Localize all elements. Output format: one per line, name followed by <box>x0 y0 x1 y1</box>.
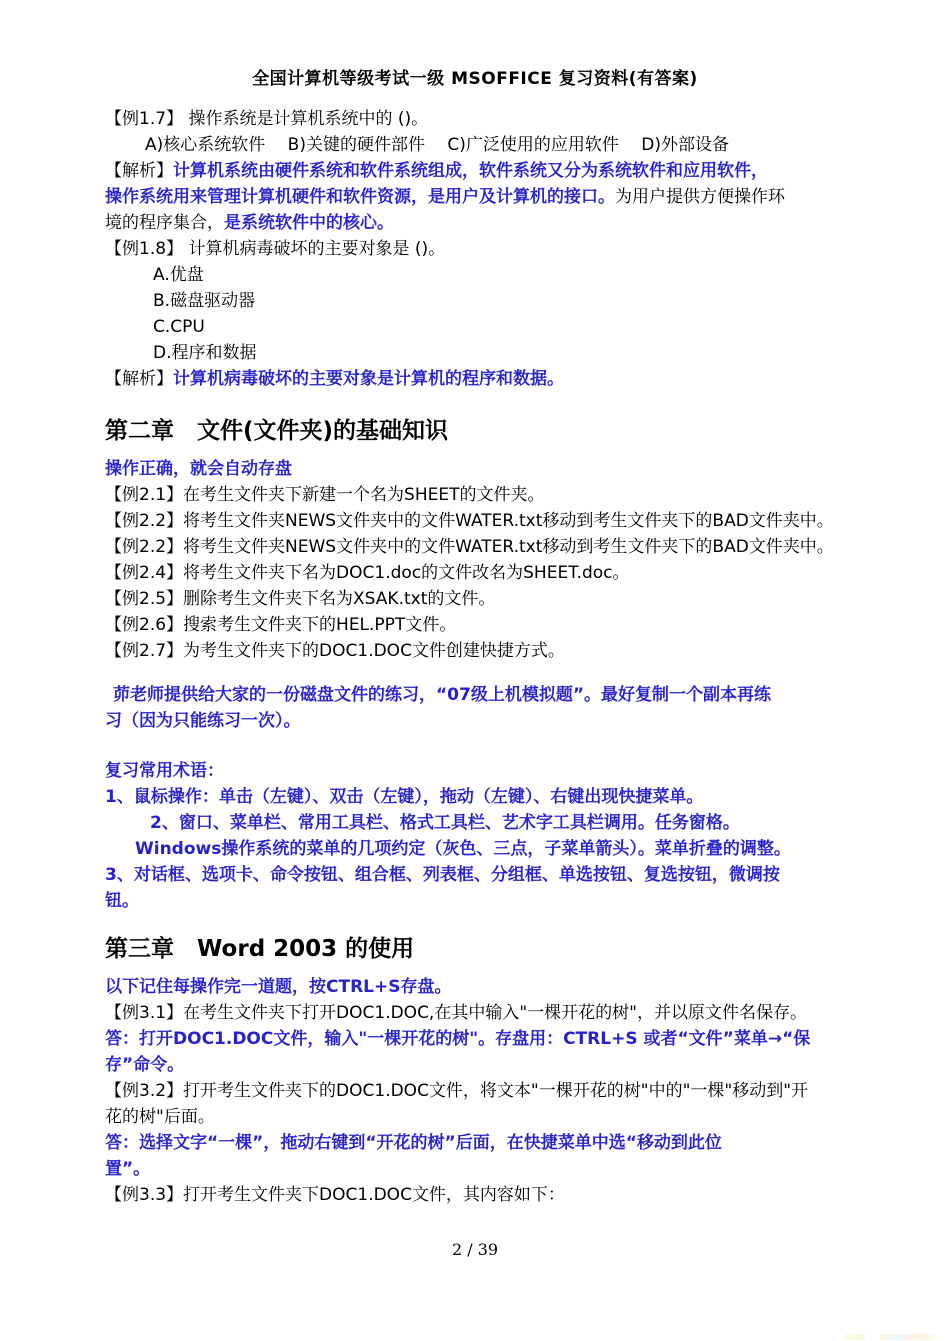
text-line: 【例3.3】打开考生文件夹下DOC1.DOC文件，其内容如下： <box>105 1182 847 1208</box>
text-line: 1、鼠标操作：单击（左键）、双击（左键），拖动（左键）、右键出现快捷菜单。 <box>105 784 847 810</box>
text-line: A.优盘 <box>105 262 847 288</box>
answer-text-segment: 存”命令。 <box>105 1055 184 1075</box>
question-text-segment: A)核心系统软件 B)关键的硬件部件 C)广泛使用的应用软件 D)外部设备 <box>145 135 729 155</box>
text-line: 答：打开DOC1.DOC文件，输入"一棵开花的树"。存盘用：CTRL+S 或者“… <box>105 1026 847 1052</box>
text-line: C.CPU <box>105 314 847 340</box>
text-line: D.程序和数据 <box>105 340 847 366</box>
paragraph-spacer <box>105 392 847 414</box>
answer-text-segment: 3、对话框、选项卡、命令按钮、组合框、列表框、分组框、单选按钮、复选按钮，微调按 <box>105 865 780 885</box>
question-text-segment: A.优盘 <box>153 265 204 285</box>
page-number-footer: 2 / 39 <box>0 1240 950 1259</box>
text-line: 【例2.4】将考生文件夹下名为DOC1.doc的文件改名为SHEET.doc。 <box>105 560 847 586</box>
answer-text-segment: 答：选择文字“一棵”，拖动右键到“开花的树”后面，在快捷菜单中选“移动到此位 <box>105 1133 722 1153</box>
question-text-segment: 【例2.2】将考生文件夹NEWS文件夹中的文件WATER.txt移动到考生文件夹… <box>105 537 834 557</box>
answer-text-segment: 复习常用术语： <box>105 761 224 781</box>
answer-text-segment: 操作正确，就会自动存盘 <box>105 459 292 479</box>
text-line: A)核心系统软件 B)关键的硬件部件 C)广泛使用的应用软件 D)外部设备 <box>105 132 847 158</box>
question-text-segment: 【例2.6】搜索考生文件夹下的HEL.PPT文件。 <box>105 615 456 635</box>
document-title: 全国计算机等级考试一级 MSOFFICE 复习资料(有答案) <box>0 64 950 89</box>
answer-text-segment: 茆老师提供给大家的一份磁盘文件的练习，“07级上机模拟题”。最好复制一个副本再练 <box>113 685 771 705</box>
paragraph-spacer <box>105 914 847 932</box>
text-line: 【解析】计算机病毒破坏的主要对象是计算机的程序和数据。 <box>105 366 847 392</box>
text-line: 茆老师提供给大家的一份磁盘文件的练习，“07级上机模拟题”。最好复制一个副本再练 <box>105 682 847 708</box>
question-text-segment: C.CPU <box>153 317 205 337</box>
text-line: 存”命令。 <box>105 1052 847 1078</box>
paragraph-spacer <box>105 734 847 758</box>
answer-text-segment: 2、窗口、菜单栏、常用工具栏、格式工具栏、艺术字工具栏调用。任务窗格。 <box>150 813 740 833</box>
text-line: 【例3.1】在考生文件夹下打开DOC1.DOC,在其中输入"一棵开花的树"，并以… <box>105 1000 847 1026</box>
text-line: 花的树"后面。 <box>105 1104 847 1130</box>
question-text-segment: 【例1.7】 操作系统是计算机系统中的 ()。 <box>105 109 428 129</box>
question-text-segment: 【例1.8】 计算机病毒破坏的主要对象是 ()。 <box>105 239 445 259</box>
question-text-segment: 【例2.2】将考生文件夹NEWS文件夹中的文件WATER.txt移动到考生文件夹… <box>105 511 834 531</box>
text-line: 置”。 <box>105 1156 847 1182</box>
chapter-heading: 第三章 Word 2003 的使用 <box>105 932 847 966</box>
question-text-segment: 第三章 Word 2003 的使用 <box>105 936 414 962</box>
question-text-segment: 【例3.2】打开考生文件夹下的DOC1.DOC文件，将文本"一棵开花的树"中的"… <box>105 1081 808 1101</box>
answer-text-segment: 置”。 <box>105 1159 150 1179</box>
text-line: 3、对话框、选项卡、命令按钮、组合框、列表框、分组框、单选按钮、复选按钮，微调按 <box>105 862 847 888</box>
text-line: 【解析】计算机系统由硬件系统和软件系统组成，软件系统又分为系统软件和应用软件， <box>105 158 847 184</box>
question-text-segment: 【解析】 <box>105 369 173 389</box>
question-text-segment: 境的程序集合， <box>105 213 224 233</box>
watermark-smudge <box>845 1334 865 1340</box>
text-line: 以下记住每操作完一道题，按CTRL+S存盘。 <box>105 974 847 1000</box>
paragraph-spacer <box>105 664 847 682</box>
text-line: 操作正确，就会自动存盘 <box>105 456 847 482</box>
chapter-heading: 第二章 文件(文件夹)的基础知识 <box>105 414 847 448</box>
question-text-segment: 【例2.7】为考生文件夹下的DOC1.DOC文件创建快捷方式。 <box>105 641 565 661</box>
question-text-segment: 【例2.5】删除考生文件夹下名为XSAK.txt的文件。 <box>105 589 495 609</box>
text-line: 【例2.1】在考生文件夹下新建一个名为SHEET的文件夹。 <box>105 482 847 508</box>
text-line: B.磁盘驱动器 <box>105 288 847 314</box>
text-line: 钮。 <box>105 888 847 914</box>
text-line: 【例2.7】为考生文件夹下的DOC1.DOC文件创建快捷方式。 <box>105 638 847 664</box>
answer-text-segment: Windows操作系统的菜单的几项约定（灰色、三点，子菜单箭头）。菜单折叠的调整… <box>135 839 791 859</box>
text-line: 【例2.5】删除考生文件夹下名为XSAK.txt的文件。 <box>105 586 847 612</box>
document-body: 【例1.7】 操作系统是计算机系统中的 ()。A)核心系统软件 B)关键的硬件部… <box>105 106 847 1208</box>
text-line: 【例3.2】打开考生文件夹下的DOC1.DOC文件，将文本"一棵开花的树"中的"… <box>105 1078 847 1104</box>
text-line: 【例2.2】将考生文件夹NEWS文件夹中的文件WATER.txt移动到考生文件夹… <box>105 508 847 534</box>
answer-text-segment: 计算机系统由硬件系统和软件系统组成，软件系统又分为系统软件和应用软件， <box>173 161 768 181</box>
answer-text-segment: 操作系统用来管理计算机硬件和软件资源，是用户及计算机的接口。 <box>105 187 615 207</box>
text-line: 习（因为只能练习一次）。 <box>105 708 847 734</box>
page-number-current: 2 <box>452 1240 462 1259</box>
question-text-segment: B.磁盘驱动器 <box>153 291 255 311</box>
page-number-total: 39 <box>478 1240 498 1259</box>
question-text-segment: D.程序和数据 <box>153 343 257 363</box>
paragraph-spacer <box>105 448 847 456</box>
text-line: 境的程序集合，是系统软件中的核心。 <box>105 210 847 236</box>
question-text-segment: 第二章 文件(文件夹)的基础知识 <box>105 418 448 444</box>
watermark-smudge <box>880 1334 935 1340</box>
answer-text-segment: 答：打开DOC1.DOC文件，输入"一棵开花的树"。存盘用：CTRL+S 或者“… <box>105 1029 810 1049</box>
answer-text-segment: 钮。 <box>105 891 139 911</box>
answer-text-segment: 以下记住每操作完一道题，按CTRL+S存盘。 <box>105 977 451 997</box>
text-line: 复习常用术语： <box>105 758 847 784</box>
question-text-segment: 【例3.1】在考生文件夹下打开DOC1.DOC,在其中输入"一棵开花的树"，并以… <box>105 1003 807 1023</box>
text-line: 答：选择文字“一棵”，拖动右键到“开花的树”后面，在快捷菜单中选“移动到此位 <box>105 1130 847 1156</box>
question-text-segment: 【例2.4】将考生文件夹下名为DOC1.doc的文件改名为SHEET.doc。 <box>105 563 630 583</box>
text-line: Windows操作系统的菜单的几项约定（灰色、三点，子菜单箭头）。菜单折叠的调整… <box>105 836 847 862</box>
answer-text-segment: 计算机病毒破坏的主要对象是计算机的程序和数据。 <box>173 369 564 389</box>
text-line: 【例1.8】 计算机病毒破坏的主要对象是 ()。 <box>105 236 847 262</box>
answer-text-segment: 1、鼠标操作：单击（左键）、双击（左键），拖动（左键）、右键出现快捷菜单。 <box>105 787 703 807</box>
question-text-segment: 【例3.3】打开考生文件夹下DOC1.DOC文件，其内容如下： <box>105 1185 565 1205</box>
question-text-segment: 【解析】 <box>105 161 173 181</box>
answer-text-segment: 是系统软件中的核心。 <box>224 213 394 233</box>
answer-text-segment: 习（因为只能练习一次）。 <box>105 711 301 731</box>
text-line: 2、窗口、菜单栏、常用工具栏、格式工具栏、艺术字工具栏调用。任务窗格。 <box>105 810 847 836</box>
question-text-segment: 【例2.1】在考生文件夹下新建一个名为SHEET的文件夹。 <box>105 485 544 505</box>
paragraph-spacer <box>105 966 847 974</box>
text-line: 【例2.2】将考生文件夹NEWS文件夹中的文件WATER.txt移动到考生文件夹… <box>105 534 847 560</box>
question-text-segment: 为用户提供方便操作环 <box>615 187 785 207</box>
question-text-segment: 花的树"后面。 <box>105 1107 215 1127</box>
text-line: 【例1.7】 操作系统是计算机系统中的 ()。 <box>105 106 847 132</box>
page-number-separator: / <box>462 1240 478 1259</box>
text-line: 【例2.6】搜索考生文件夹下的HEL.PPT文件。 <box>105 612 847 638</box>
text-line: 操作系统用来管理计算机硬件和软件资源，是用户及计算机的接口。为用户提供方便操作环 <box>105 184 847 210</box>
document-page: 全国计算机等级考试一级 MSOFFICE 复习资料(有答案) 【例1.7】 操作… <box>0 0 950 1341</box>
